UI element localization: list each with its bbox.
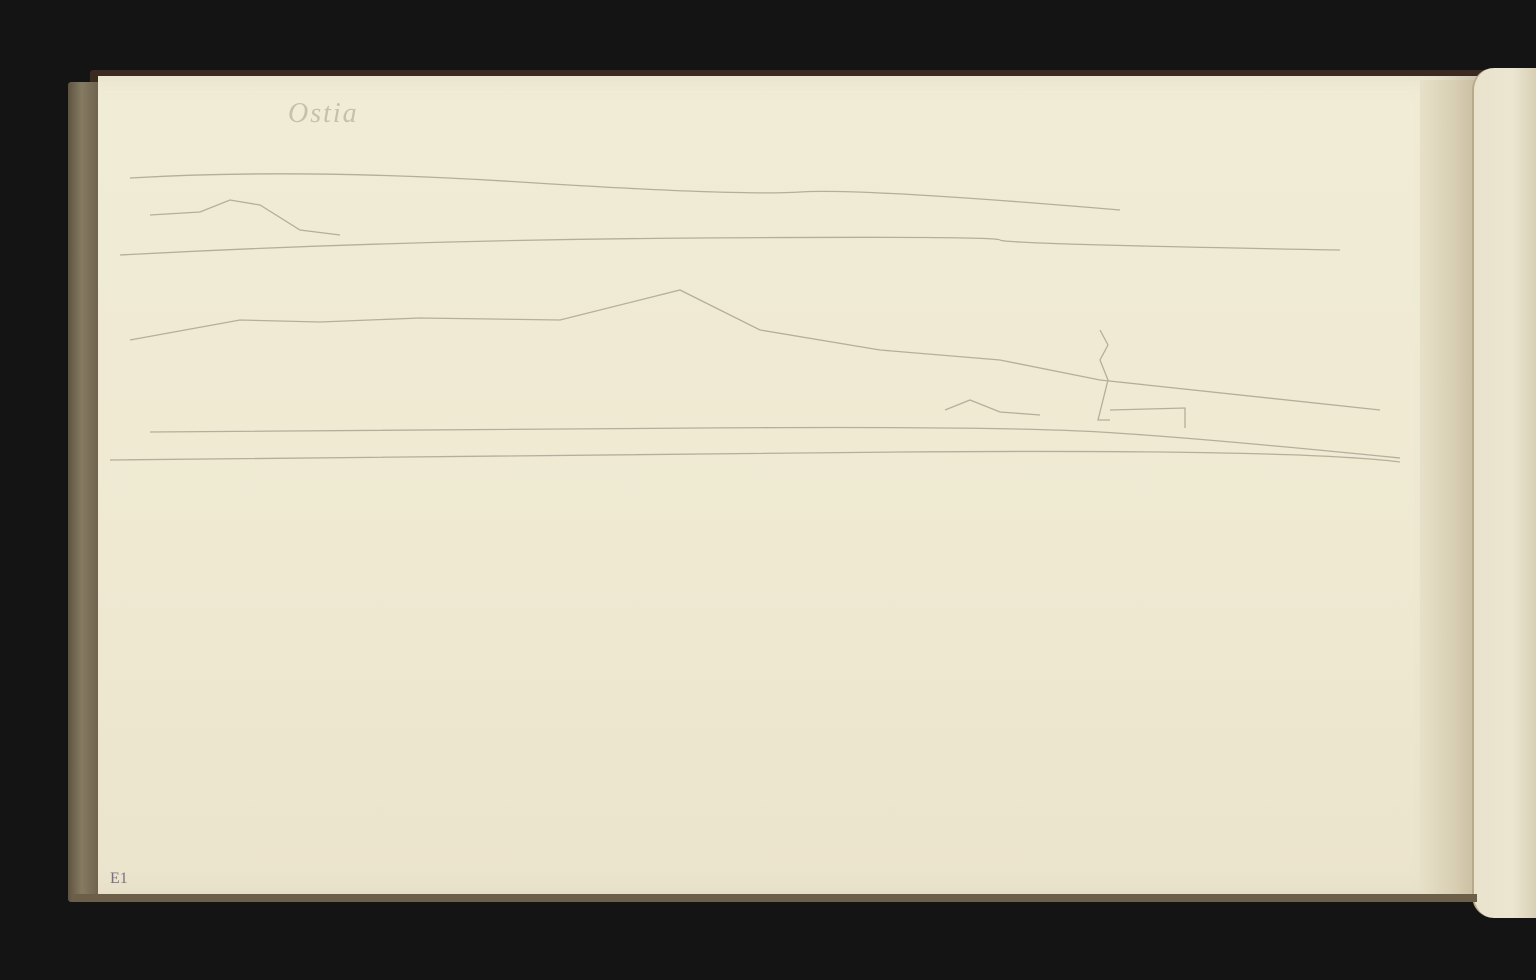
pencil-inscription: Ostia <box>288 98 359 130</box>
page-number: E1 <box>110 870 128 888</box>
pencil-landscape-sketch <box>0 0 1536 980</box>
